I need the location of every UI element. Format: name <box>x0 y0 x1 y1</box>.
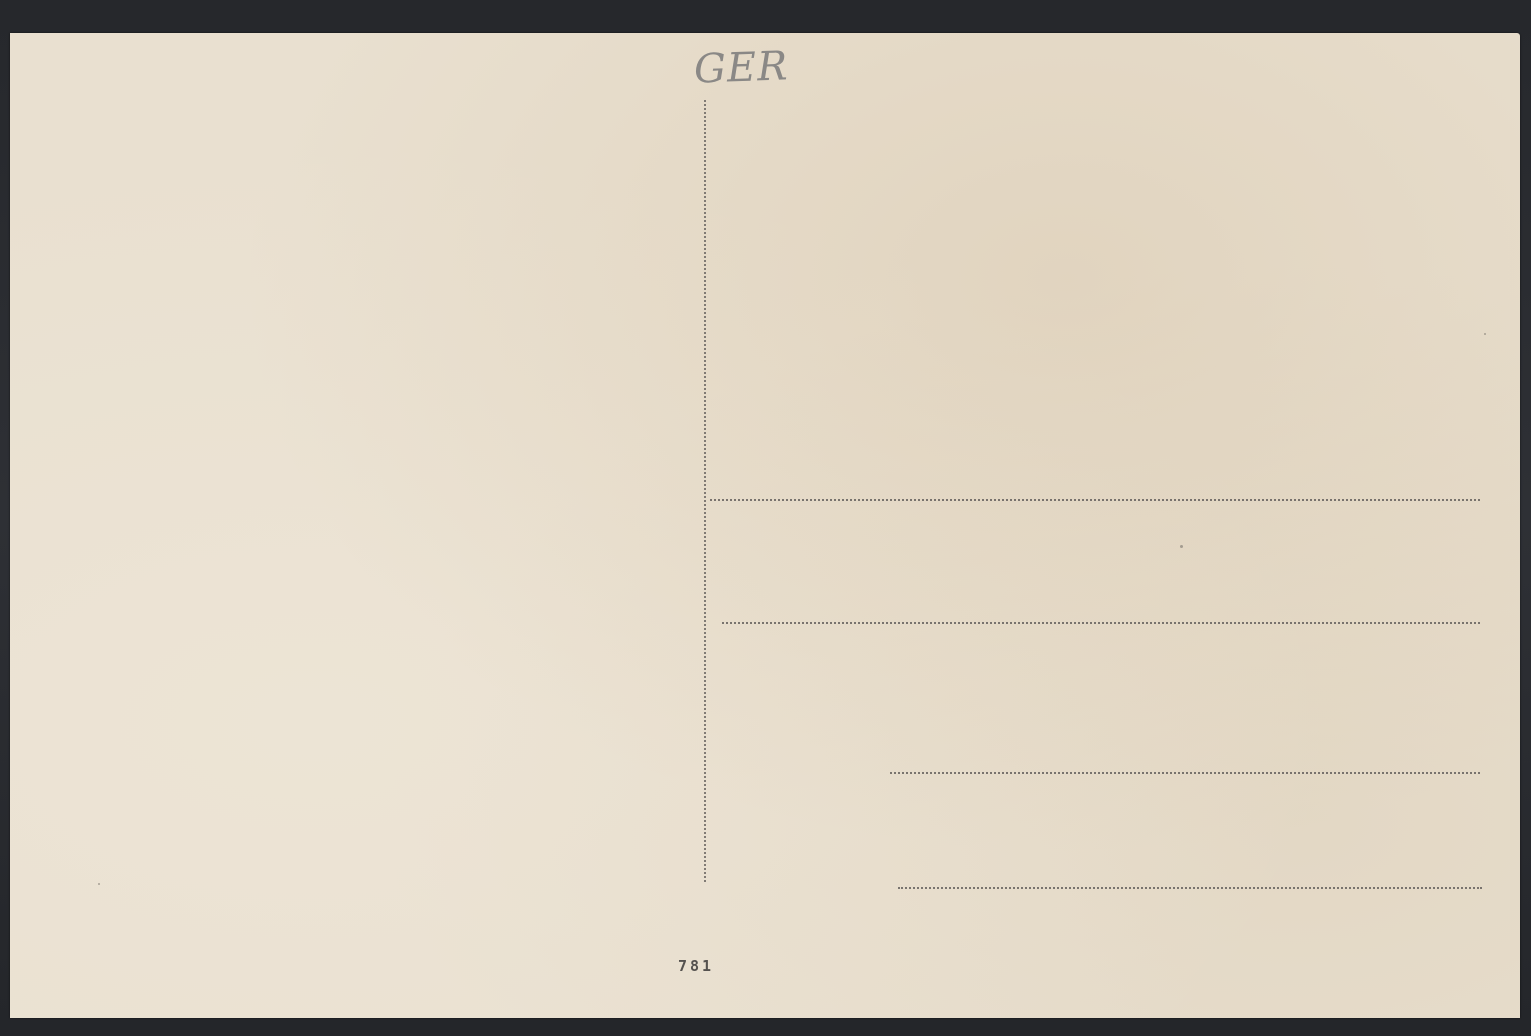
paper-speck <box>1180 545 1183 548</box>
message-address-divider <box>704 100 706 882</box>
postcard-back: GER 781 <box>10 33 1520 1018</box>
paper-speck <box>98 883 100 885</box>
paper-speck <box>1484 333 1486 335</box>
address-line-2 <box>722 622 1480 624</box>
address-line-1 <box>710 499 1480 501</box>
printed-card-number: 781 <box>678 957 714 975</box>
handwritten-pencil-mark: GER <box>693 43 789 92</box>
address-line-3 <box>890 772 1480 774</box>
address-line-4 <box>898 887 1482 889</box>
